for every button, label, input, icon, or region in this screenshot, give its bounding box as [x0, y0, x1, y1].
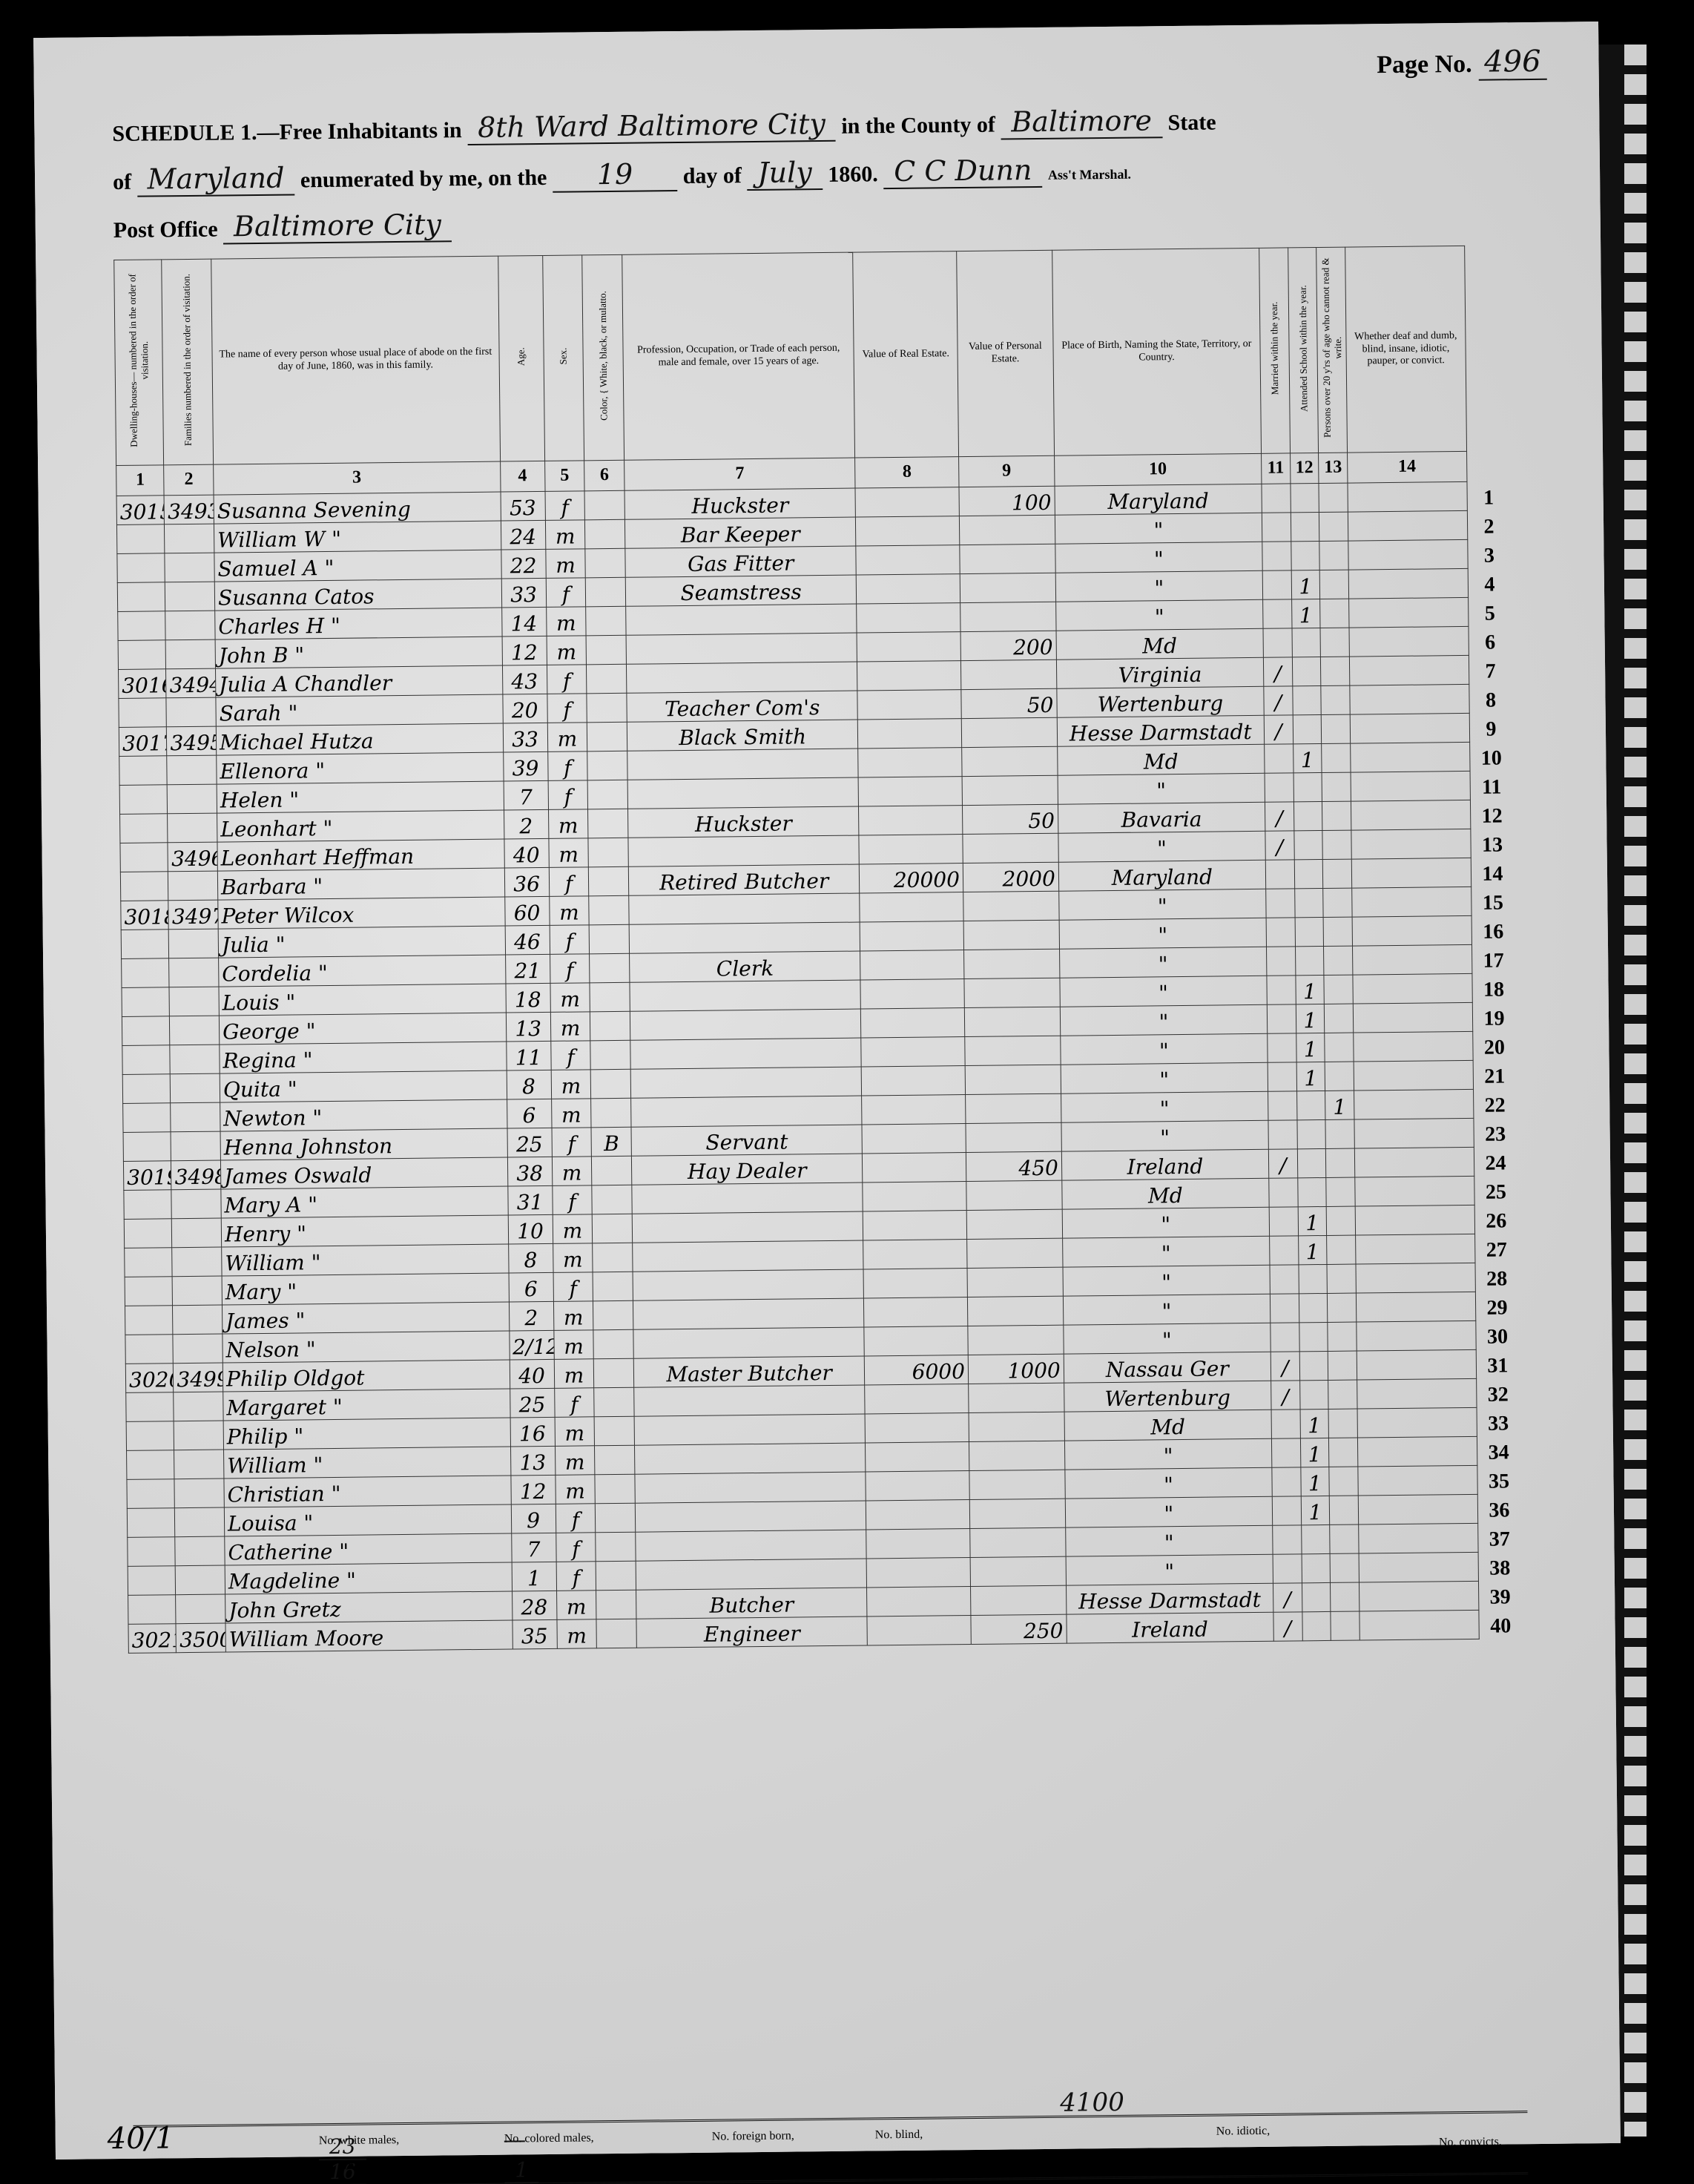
cell-birthplace: Hesse Darmstadt: [1057, 715, 1265, 746]
post-office-label: Post Office: [113, 217, 218, 243]
cell-occupation: Huckster: [627, 806, 859, 838]
cell-name: Newton ": [220, 1099, 507, 1131]
column-number: 7: [624, 458, 856, 490]
of-label: of: [113, 170, 131, 194]
col-occupation: Profession, Occupation, or Trade of each…: [622, 252, 855, 460]
cell-occupation: Master Butcher: [633, 1356, 865, 1387]
cell-birthplace: Maryland: [1055, 484, 1262, 515]
cell-name: Leonhart ": [217, 810, 504, 842]
cell-sex: m: [554, 1330, 594, 1360]
census-rows: 30153493Susanna Sevening53fHuckster100Ma…: [116, 481, 1522, 1654]
cell-illiterate: [1322, 859, 1351, 888]
cell-school: 1: [1300, 1409, 1329, 1438]
idiotic: No. idiotic,: [1216, 2125, 1270, 2139]
cell-school: 1: [1291, 599, 1320, 628]
cell-personal: [966, 1122, 1061, 1152]
cell-dwelling: [123, 1103, 171, 1133]
cell-real: 6000: [865, 1355, 969, 1384]
cell-occupation: Retired Butcher: [628, 864, 860, 895]
cell-birthplace: Md: [1062, 1178, 1270, 1209]
cell-dwelling: [122, 1074, 171, 1104]
cell-name: Christian ": [224, 1476, 511, 1507]
white-males: No. white males, 23: [319, 2134, 366, 2161]
cell-occupation: [636, 1530, 867, 1561]
cell-school: 1: [1301, 1496, 1330, 1524]
cell-name: Regina ": [220, 1042, 507, 1073]
cell-dwelling: [127, 1508, 175, 1538]
colored-males: No. colored males,: [504, 2132, 525, 2145]
cell-personal: [960, 544, 1055, 573]
cell-personal: [961, 717, 1057, 747]
cell-occupation: [630, 1067, 862, 1098]
cell-illiterate: [1324, 975, 1353, 1004]
cell-personal: [969, 1499, 1065, 1528]
cell-family: [171, 1073, 220, 1103]
cell-real: [855, 487, 959, 516]
cell-occupation: [631, 1096, 863, 1127]
cell-dwelling: [122, 1016, 170, 1046]
cell-occupation: [626, 604, 857, 635]
cell-family: [171, 1189, 221, 1219]
cell-school: [1293, 714, 1322, 743]
cell-illiterate: [1328, 1322, 1357, 1351]
cell-real: [867, 1615, 971, 1645]
cell-occupation: [635, 1501, 866, 1532]
cell-real: [862, 1123, 966, 1153]
cell-school: [1291, 541, 1319, 570]
cell-birthplace: ": [1061, 1091, 1268, 1122]
cell-dwelling: 3021: [128, 1624, 177, 1654]
cell-family: 3497: [168, 900, 218, 930]
cell-age: 14: [501, 607, 547, 637]
cell-name: William W ": [214, 521, 501, 553]
cell-married: /: [1268, 1149, 1297, 1178]
line-number: 9: [1469, 713, 1512, 743]
page-number-label: Page No.: [1377, 50, 1472, 79]
cell-age: 10: [508, 1214, 553, 1244]
cell-family: [176, 1565, 225, 1595]
cell-name: William ": [224, 1447, 511, 1479]
col-color: Color, { White, black, or mulatto.: [582, 254, 624, 460]
cell-deaf: [1348, 481, 1467, 512]
cell-birthplace: Wertenburg: [1064, 1381, 1271, 1412]
cell-sex: m: [556, 1591, 596, 1620]
cell-married: [1272, 1467, 1301, 1496]
cell-family: 3494: [166, 668, 216, 698]
cell-family: [167, 755, 217, 785]
cell-illiterate: [1319, 512, 1348, 541]
cell-school: [1297, 1177, 1326, 1206]
cell-age: 6: [509, 1272, 554, 1302]
cell-real: [857, 660, 961, 690]
cell-age: 8: [507, 1070, 552, 1099]
cell-sex: f: [545, 491, 585, 521]
cell-name: Philip ": [223, 1418, 510, 1450]
cell-color: [591, 1098, 631, 1128]
cell-school: [1299, 1293, 1328, 1322]
line-number: 6: [1469, 626, 1512, 656]
cell-name: Julia ": [218, 926, 505, 958]
cell-real: [858, 747, 962, 777]
cell-name: Margaret ": [223, 1389, 510, 1421]
cell-birthplace: ": [1064, 1438, 1272, 1470]
cell-school: [1294, 859, 1323, 888]
cell-illiterate: [1327, 1264, 1356, 1293]
cell-age: 2/12: [509, 1330, 554, 1360]
cell-sex: m: [547, 636, 587, 665]
cell-sex: m: [553, 1243, 593, 1273]
cell-married: [1266, 947, 1295, 976]
cell-deaf: [1350, 713, 1469, 743]
cell-color: [588, 838, 628, 867]
line-number: 23: [1474, 1118, 1517, 1148]
cell-illiterate: [1320, 599, 1349, 628]
cell-deaf: [1359, 1581, 1478, 1611]
cell-school: 1: [1298, 1206, 1327, 1235]
cell-name: Leonhart Heffman: [217, 839, 504, 871]
cell-sex: m: [549, 838, 589, 868]
cell-age: 25: [510, 1388, 555, 1418]
cell-married: /: [1270, 1352, 1299, 1381]
cell-name: Henna Johnston: [220, 1128, 507, 1160]
cell-occupation: [628, 835, 860, 866]
day-of-label: day of: [683, 163, 742, 188]
cell-deaf: [1348, 597, 1468, 628]
cell-illiterate: [1319, 541, 1348, 570]
cell-age: 33: [503, 723, 548, 752]
cell-real: [865, 1384, 969, 1413]
cell-personal: [963, 920, 1059, 950]
cell-illiterate: [1328, 1293, 1357, 1322]
cell-married: [1267, 976, 1296, 1004]
cell-age: 39: [503, 751, 548, 781]
colored-females: No. colored females, 1: [504, 2157, 538, 2183]
cell-name: Ellenora ": [217, 752, 504, 784]
line-number: 28: [1475, 1263, 1518, 1292]
cell-color: [593, 1272, 633, 1301]
cell-name: Henry ": [221, 1215, 508, 1247]
cell-illiterate: [1326, 1177, 1355, 1206]
cell-married: [1265, 860, 1294, 889]
foreign-born: No. foreign born,: [712, 2130, 794, 2144]
cell-personal: 450: [966, 1151, 1061, 1181]
cell-name: Mary A ": [221, 1186, 508, 1218]
cell-deaf: [1359, 1523, 1478, 1553]
cell-married: /: [1264, 686, 1293, 715]
cell-dwelling: 3018: [121, 901, 169, 930]
cell-sex: f: [552, 1185, 592, 1215]
state-value: Maryland: [136, 161, 294, 197]
cell-deaf: [1353, 1002, 1472, 1033]
cell-personal: [962, 746, 1058, 776]
cell-deaf: [1355, 1205, 1474, 1235]
cell-name: James Oswald: [220, 1157, 507, 1189]
cell-sex: m: [549, 896, 589, 926]
cell-real: [865, 1412, 969, 1442]
cell-dwelling: [123, 1132, 171, 1162]
line-number: 25: [1474, 1176, 1517, 1206]
cell-occupation: [634, 1443, 866, 1474]
cell-color: [595, 1474, 635, 1504]
cell-sex: m: [555, 1446, 595, 1476]
cell-color: [595, 1445, 635, 1475]
cell-occupation: Bar Keeper: [624, 517, 856, 548]
cell-sex: f: [554, 1388, 594, 1418]
cell-school: [1301, 1524, 1330, 1553]
cell-occupation: [634, 1385, 866, 1416]
cell-school: [1294, 888, 1323, 917]
cell-deaf: [1351, 800, 1470, 830]
cell-family: [171, 1131, 220, 1161]
cell-illiterate: [1325, 1004, 1354, 1033]
cell-personal: [967, 1296, 1063, 1326]
cell-birthplace: ": [1055, 513, 1262, 544]
cell-sex: m: [556, 1475, 596, 1504]
cell-birthplace: ": [1061, 1062, 1268, 1093]
cell-dwelling: 3019: [123, 1161, 171, 1191]
col-age: Age.: [498, 255, 544, 461]
line-number: 33: [1477, 1407, 1520, 1437]
cell-dwelling: [122, 987, 170, 1017]
column-headers: Dwelling-houses— numbered in the order o…: [114, 246, 1510, 465]
cell-personal: [967, 1267, 1063, 1297]
cell-occupation: Clerk: [630, 951, 861, 982]
cell-married: /: [1271, 1381, 1300, 1410]
cell-school: 1: [1296, 1062, 1325, 1091]
line-number: 30: [1476, 1320, 1519, 1350]
cell-deaf: [1354, 1060, 1473, 1091]
cell-real: [859, 805, 963, 835]
col-sex: Sex.: [542, 255, 584, 461]
line-number: 14: [1471, 858, 1514, 887]
cell-school: 1: [1296, 1033, 1325, 1062]
cell-real: [861, 1036, 965, 1066]
cell-occupation: [627, 777, 859, 809]
cell-sex: m: [551, 1099, 591, 1128]
cell-real: [860, 978, 964, 1008]
line-number: 13: [1471, 829, 1514, 858]
cell-school: [1297, 1119, 1326, 1148]
line-number: 15: [1471, 887, 1515, 916]
cell-married: [1270, 1236, 1299, 1265]
cell-married: [1265, 744, 1293, 773]
cell-school: 1: [1291, 570, 1320, 599]
cell-dwelling: [118, 611, 166, 641]
cell-sex: m: [548, 809, 588, 839]
cell-deaf: [1353, 973, 1472, 1004]
cell-personal: 250: [971, 1614, 1067, 1644]
cell-illiterate: [1322, 743, 1351, 772]
cell-married: [1266, 918, 1295, 947]
cell-deaf: [1348, 510, 1467, 541]
cell-dwelling: [117, 553, 165, 583]
cell-illiterate: [1323, 888, 1352, 917]
cell-married: [1271, 1410, 1300, 1438]
census-page: Page No. 496 SCHEDULE 1.—Free Inhabitant…: [33, 22, 1621, 2160]
line-number: 11: [1470, 771, 1513, 800]
cell-birthplace: ": [1059, 918, 1267, 949]
cell-dwelling: [120, 814, 168, 843]
post-office-value: Baltimore City: [223, 208, 452, 244]
cell-birthplace: Virginia: [1056, 657, 1264, 688]
col-dwelling: Dwelling-houses— numbered in the order o…: [114, 260, 164, 465]
cell-illiterate: [1321, 657, 1350, 685]
col-name: The name of every person whose usual pla…: [211, 256, 500, 464]
cell-age: 60: [504, 896, 550, 926]
cell-birthplace: ": [1058, 889, 1266, 920]
cell-color: [596, 1503, 636, 1533]
cell-married: [1270, 1265, 1299, 1294]
cell-color: [592, 1185, 632, 1214]
col-real-estate: Value of Real Estate.: [853, 251, 958, 458]
cell-real: [861, 1007, 965, 1037]
cell-sex: m: [557, 1619, 597, 1649]
cell-family: [168, 813, 217, 843]
cell-family: [166, 697, 216, 727]
cell-name: Charles H ": [215, 608, 502, 639]
cell-dwelling: [125, 1306, 173, 1335]
cell-birthplace: Nassau Ger: [1064, 1352, 1271, 1383]
cell-color: [586, 577, 626, 607]
cell-family: [174, 1392, 223, 1421]
cell-married: [1273, 1554, 1302, 1583]
cell-sex: m: [555, 1417, 595, 1447]
cell-married: /: [1265, 831, 1294, 860]
column-number: 5: [544, 461, 584, 492]
cell-deaf: [1359, 1552, 1478, 1582]
cell-color: [585, 548, 625, 578]
cell-married: [1262, 542, 1291, 570]
cell-deaf: [1349, 655, 1469, 685]
cell-real: [866, 1499, 970, 1529]
cell-personal: [969, 1470, 1065, 1499]
line-number: 7: [1469, 655, 1512, 685]
deaf-dumb: No. deaf and dumb,: [712, 2154, 806, 2168]
cell-deaf: [1351, 829, 1471, 859]
cell-family: [176, 1594, 225, 1624]
cell-color: [596, 1532, 636, 1562]
cell-occupation: [630, 980, 861, 1011]
cell-occupation: [635, 1472, 866, 1503]
line-number: 8: [1469, 684, 1512, 714]
line-number: 40: [1479, 1610, 1522, 1639]
cell-age: 12: [510, 1475, 556, 1504]
cell-school: [1302, 1611, 1331, 1640]
cell-age: 7: [511, 1533, 556, 1562]
cell-dwelling: [121, 930, 169, 959]
cell-illiterate: [1325, 1062, 1354, 1091]
cell-name: John B ": [215, 637, 502, 668]
cell-birthplace: Maryland: [1058, 860, 1266, 891]
census-table: Dwelling-houses— numbered in the order o…: [113, 245, 1523, 1653]
cell-sex: m: [546, 607, 586, 637]
cell-family: [165, 611, 215, 640]
cell-age: 12: [502, 636, 547, 665]
cell-deaf: [1354, 1118, 1474, 1148]
cell-birthplace: Md: [1056, 628, 1264, 660]
cell-illiterate: [1319, 570, 1348, 599]
cell-illiterate: [1321, 685, 1350, 714]
cell-occupation: [630, 1009, 861, 1040]
cell-color: [593, 1300, 633, 1330]
col-illiterate: Persons over 20 y'rs of age who cannot r…: [1316, 247, 1348, 453]
cell-occupation: [629, 922, 860, 953]
cell-personal: 50: [961, 688, 1057, 718]
cell-illiterate: [1325, 1033, 1354, 1062]
cell-family: 3493: [164, 495, 214, 524]
cell-color: [592, 1156, 632, 1185]
cell-married: [1267, 1004, 1296, 1033]
schedule-line: SCHEDULE 1.—Free Inhabitants in 8th Ward…: [112, 103, 1216, 149]
cell-personal: 50: [962, 804, 1058, 834]
cell-married: /: [1263, 657, 1292, 686]
column-number: 10: [1054, 453, 1262, 486]
cell-birthplace: ": [1063, 1265, 1270, 1296]
cell-school: 1: [1295, 975, 1324, 1004]
cell-dwelling: [124, 1219, 172, 1249]
col-birthplace: Place of Birth, Naming the State, Territ…: [1052, 248, 1261, 455]
cell-real: [866, 1441, 969, 1471]
cell-color: [586, 606, 626, 636]
cell-family: [171, 1102, 220, 1132]
cell-illiterate: [1331, 1582, 1360, 1611]
cell-color: [587, 780, 627, 809]
cell-occupation: [629, 893, 860, 924]
cell-age: 18: [505, 983, 550, 1013]
margin-note: 40/1: [108, 2121, 174, 2156]
cell-real: [862, 1094, 966, 1124]
cell-real: [857, 602, 960, 632]
cell-color: [594, 1416, 634, 1446]
cell-school: [1292, 628, 1321, 657]
cell-name: James ": [222, 1302, 509, 1334]
cell-name: Mary ": [222, 1273, 509, 1305]
cell-real: [857, 689, 961, 719]
cell-real: [856, 545, 960, 574]
cell-occupation: [632, 1211, 863, 1243]
cell-illiterate: [1323, 917, 1352, 946]
cell-deaf: [1357, 1378, 1476, 1409]
cell-age: 35: [512, 1619, 557, 1649]
cell-married: [1270, 1323, 1299, 1352]
cell-personal: 100: [959, 486, 1055, 516]
cell-age: 8: [508, 1243, 553, 1273]
cell-color: [590, 982, 630, 1012]
state-label: State: [1167, 110, 1216, 135]
cell-real: [864, 1326, 968, 1355]
cell-sex: f: [553, 1272, 593, 1302]
cell-sex: m: [553, 1214, 593, 1244]
line-number: 20: [1473, 1031, 1516, 1061]
cell-age: 16: [510, 1417, 556, 1447]
cell-personal: [962, 775, 1058, 805]
cell-family: [174, 1421, 224, 1450]
cell-name: Julia A Chandler: [215, 665, 502, 697]
cell-dwelling: [127, 1479, 175, 1509]
cell-color: [586, 635, 626, 665]
cell-family: [174, 1450, 224, 1479]
cell-personal: [964, 1007, 1060, 1036]
cell-married: [1271, 1438, 1300, 1467]
cell-married: [1262, 484, 1291, 513]
cell-deaf: [1351, 858, 1471, 888]
cell-school: [1302, 1553, 1331, 1582]
cell-family: [173, 1305, 223, 1335]
cell-color: [589, 866, 629, 896]
cell-married: [1266, 889, 1295, 918]
cell-occupation: [626, 662, 857, 693]
cell-family: 3500: [176, 1623, 225, 1653]
